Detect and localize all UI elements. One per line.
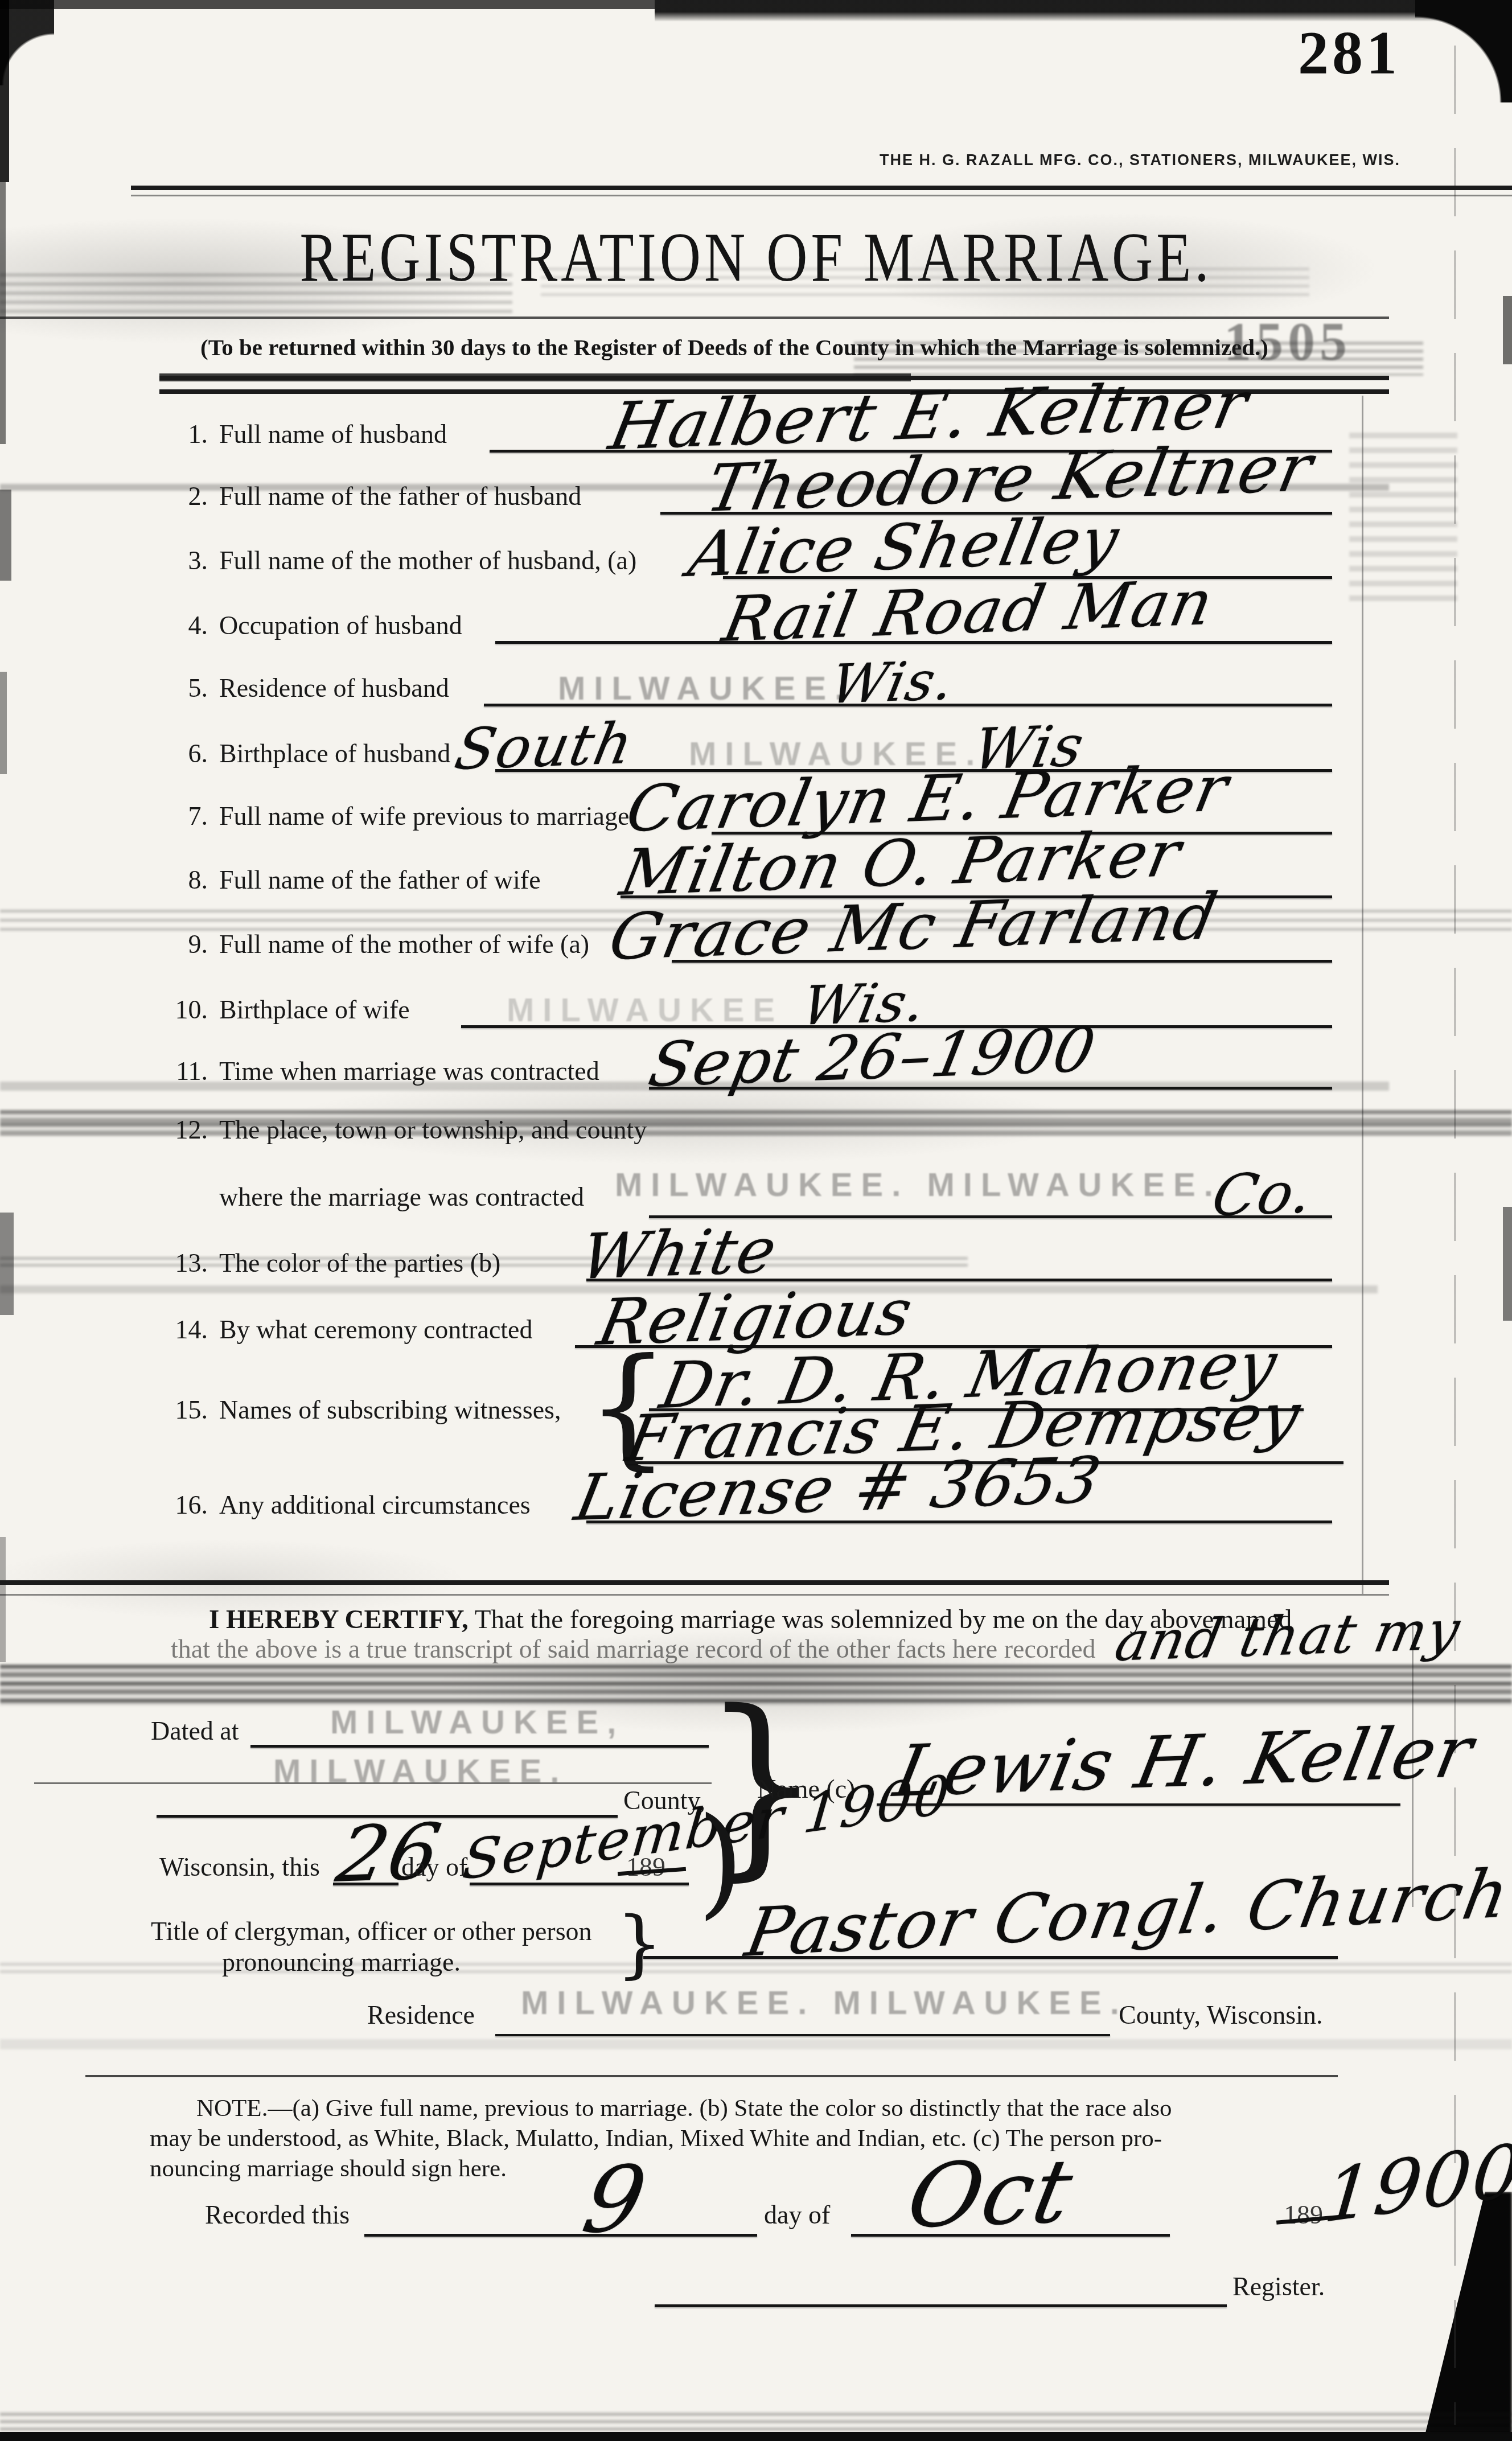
item-3-label: Full name of the mother of husband, (a) <box>219 546 636 576</box>
smudge-band-heavy <box>0 1110 1512 1136</box>
smudge-residence-row <box>0 2039 1512 2049</box>
top-edge-shadow-right <box>655 0 1512 22</box>
header-double-rule-heavy <box>159 373 911 381</box>
note-line-3: nouncing marriage should sign here. <box>150 2156 507 2181</box>
scanned-marriage-registration-page: 281 THE H. G. RAZALL MFG. CO., STATIONER… <box>0 0 1512 2441</box>
left-edge-mark-4 <box>0 672 7 774</box>
item-10-label: Birthplace of wife <box>219 996 410 1025</box>
item-12-label-line2: where the marriage was contracted <box>219 1183 584 1212</box>
dated-stamp-milwaukee-2: MILWAUKEE. <box>273 1752 568 1790</box>
item-5-stamp: MILWAUKEE. <box>558 669 852 708</box>
item-6-label: Birthplace of husband <box>219 739 450 769</box>
clergy-label-1: Title of clergyman, officer or other per… <box>151 1917 592 1946</box>
item-4-number: 4. <box>142 611 208 640</box>
item-15-number: 15. <box>142 1396 208 1425</box>
top-right-corner-black <box>1415 0 1512 102</box>
item-10-number: 10. <box>142 996 208 1025</box>
item-15-label: Names of subscribing witnesses, <box>219 1396 561 1425</box>
vertical-rule-outer <box>1454 46 1456 2425</box>
top-rule <box>131 186 1512 190</box>
item-16-label: Any additional circumstances <box>219 1491 531 1520</box>
dated-mid-line <box>34 1782 712 1784</box>
recorded-month-handwritten: Oct <box>899 2139 1082 2248</box>
day-of-label: day of <box>401 1853 467 1882</box>
note-line-1: NOTE.—(a) Give full name, previous to ma… <box>196 2096 1172 2121</box>
item-16-number: 16. <box>142 1491 208 1520</box>
bottom-right-black-wedge <box>1389 2192 1512 2441</box>
bottom-edge-band <box>0 2432 1512 2441</box>
recorded-day-handwritten: 9 <box>575 2145 655 2254</box>
section-divider <box>0 1580 1389 1585</box>
register-label: Register. <box>1232 2272 1325 2302</box>
smudge-under-title-right <box>541 268 1309 302</box>
smudge-clergy-row <box>0 1963 1512 1976</box>
item-14-label: By what ceremony contracted <box>219 1316 533 1345</box>
smudge-by-faded-number <box>854 342 1423 376</box>
item-1-number: 1. <box>142 420 208 449</box>
dated-at-underline <box>250 1745 709 1748</box>
left-edge-mark-6 <box>0 1537 6 1662</box>
item-6-value-pre: South <box>450 710 639 783</box>
smudge-under-title-left <box>0 273 512 313</box>
item-6-number: 6. <box>142 739 208 769</box>
stationer-imprint: THE H. G. RAZALL MFG. CO., STATIONERS, M… <box>880 153 1400 168</box>
right-edge-mark-2 <box>1503 1207 1512 1321</box>
item-7-label: Full name of wife previous to marriage <box>219 802 629 831</box>
top-rule-echo <box>131 195 1512 196</box>
certify-lead: I HEREBY CERTIFY, <box>209 1605 469 1634</box>
smudge-item13-lower <box>0 1285 1378 1293</box>
recorded-day-of-label: day of <box>764 2201 830 2230</box>
subtitle-top-rule <box>0 317 1389 319</box>
smudge-item13-upper <box>0 1257 968 1269</box>
date-brace: ) <box>697 1807 744 1915</box>
smudge-bottom <box>0 2413 1512 2432</box>
left-edge-mark-1 <box>0 0 9 182</box>
wisconsin-this-label: Wisconsin, this <box>159 1853 320 1882</box>
left-edge-mark-3 <box>0 490 11 581</box>
item-12-value: Co. <box>1207 1159 1319 1229</box>
smudge-band-item11 <box>0 1082 1389 1091</box>
item-14-number: 14. <box>142 1316 208 1345</box>
smudge-band-mid1 <box>0 910 1512 937</box>
officiant-signature: Lewis H. Keller <box>888 1711 1480 1813</box>
dated-stamp-milwaukee-1: MILWAUKEE, <box>330 1703 624 1741</box>
residence-underline <box>495 2034 1110 2036</box>
dated-at-label: Dated at <box>151 1717 239 1746</box>
item-5-number: 5. <box>142 674 208 703</box>
item-7-number: 7. <box>142 802 208 831</box>
left-edge-mark-2 <box>0 182 6 444</box>
section-divider-echo <box>0 1594 1389 1596</box>
item-5-value: Wis. <box>825 649 960 716</box>
right-edge-mark-1 <box>1503 296 1512 364</box>
item-12-stamp: MILWAUKEE. MILWAUKEE. <box>615 1166 1222 1204</box>
residence-label: Residence <box>367 2001 475 2030</box>
page-number: 281 <box>1298 23 1400 84</box>
item-5-label: Residence of husband <box>219 674 449 703</box>
day-underline <box>333 1883 398 1885</box>
clergy-title-handwritten: Pastor Congl. Church <box>740 1854 1512 1972</box>
top-edge-shadow-left <box>0 0 655 9</box>
county-wisconsin-label: County, Wisconsin. <box>1119 2001 1323 2030</box>
certify-line2: that the above is a true transcript of s… <box>171 1635 1096 1664</box>
smudge-row1 <box>0 484 1389 491</box>
recorded-this-label: Recorded this <box>205 2201 350 2230</box>
item-8-label: Full name of the father of wife <box>219 866 541 895</box>
register-underline <box>655 2304 1227 2307</box>
blank-underline <box>85 2075 1338 2077</box>
item-3-number: 3. <box>142 546 208 576</box>
residence-stamp: MILWAUKEE. MILWAUKEE. <box>521 1984 1128 2022</box>
certify-line2-handwriting: and that my <box>1110 1599 1466 1674</box>
item-1-label: Full name of husband <box>219 420 447 449</box>
item-4-label: Occupation of husband <box>219 611 462 640</box>
item-10-stamp: MILWAUKEE <box>507 991 783 1029</box>
recorded-day-underline <box>364 2234 757 2237</box>
recorded-printed-year: 189 <box>1284 2201 1323 2230</box>
smudge-right-margin <box>1349 433 1457 603</box>
item-8-number: 8. <box>142 866 208 895</box>
